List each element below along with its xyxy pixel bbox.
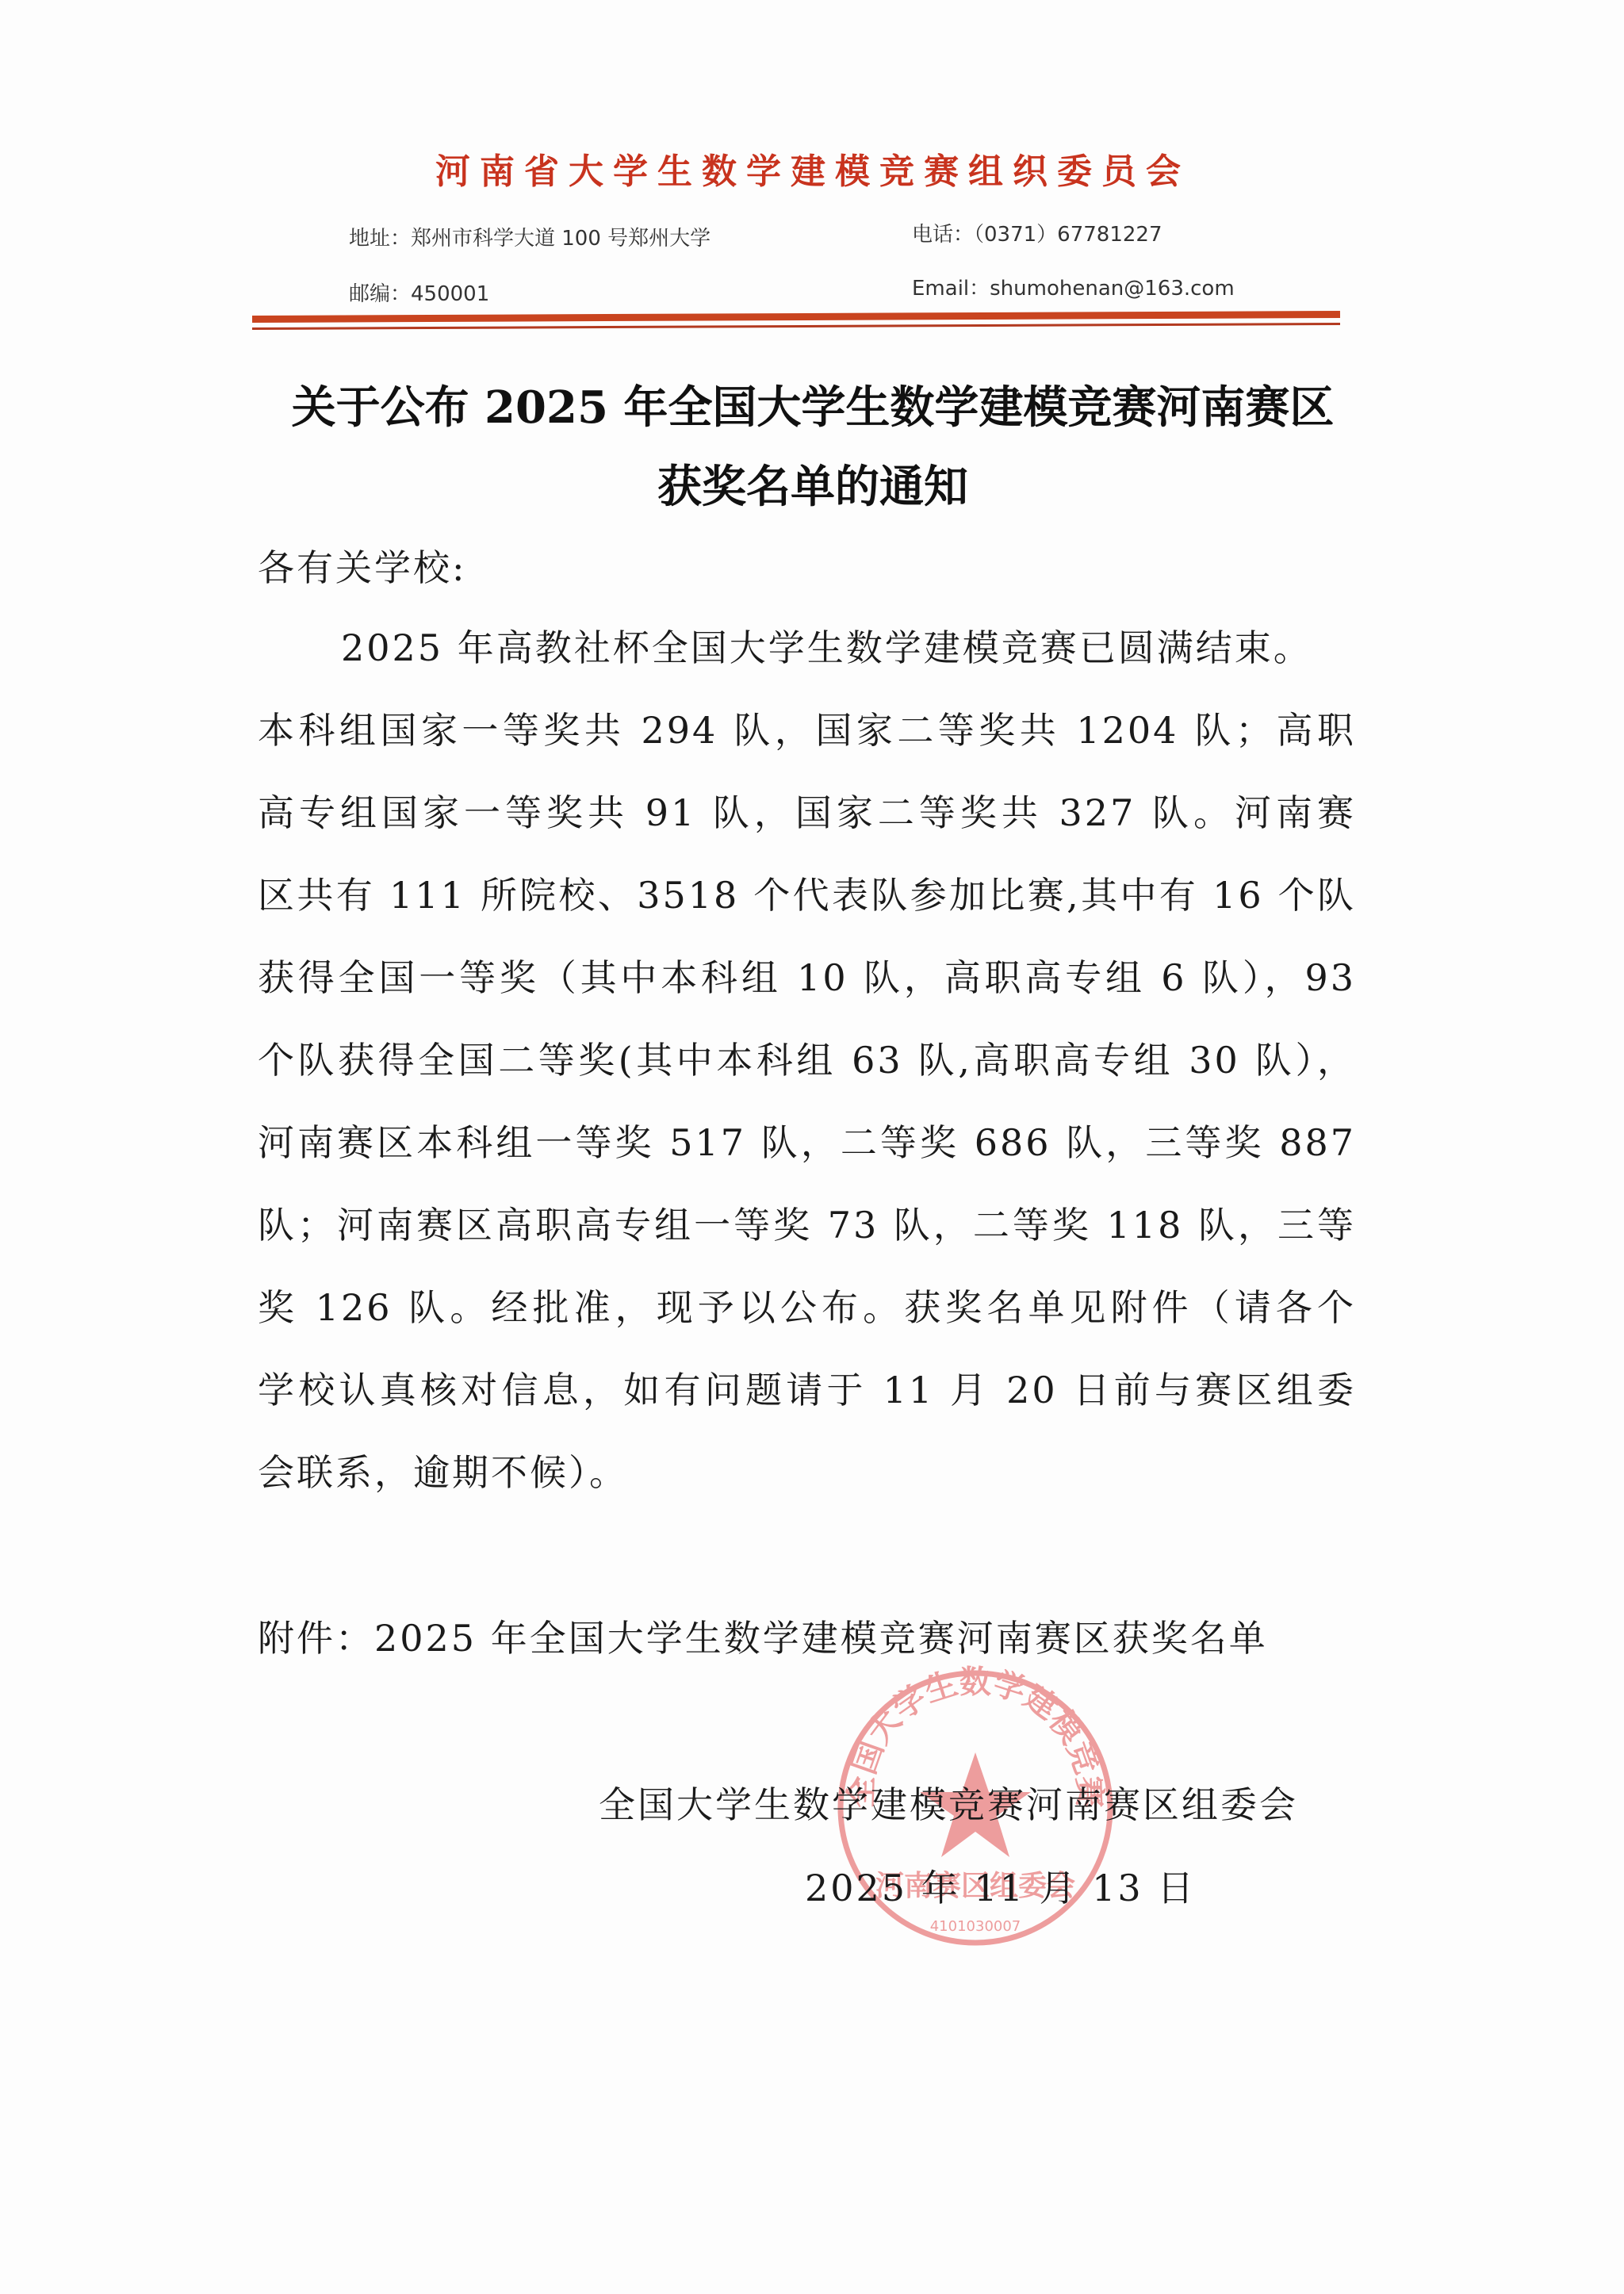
email: Email：shumohenan@163.com bbox=[912, 272, 1235, 301]
doc-title-line2: 获奖名单的通知 bbox=[238, 452, 1388, 515]
body-line: 2025 年高教社杯全国大学生数学建模竞赛已圆满结束。 bbox=[258, 607, 1356, 689]
header-rule-thin bbox=[252, 323, 1340, 330]
body-line: 队；河南赛区高职高专组一等奖 73 队，二等奖 118 队，三等 bbox=[258, 1184, 1356, 1266]
body-line: 学校认真核对信息，如有问题请于 11 月 20 日前与赛区组委 bbox=[258, 1349, 1356, 1431]
doc-title-line1: 关于公布 2025 年全国大学生数学建模竞赛河南赛区 bbox=[238, 373, 1388, 436]
body-line: 个队获得全国二等奖(其中本科组 63 队,高职高专组 30 队）， bbox=[258, 1019, 1356, 1101]
svg-text:4101030007: 4101030007 bbox=[930, 1918, 1021, 1935]
body-line: 区共有 111 所院校、3518 个代表队参加比赛,其中有 16 个队 bbox=[258, 854, 1356, 936]
body-line: 本科组国家一等奖共 294 队，国家二等奖共 1204 队；高职 bbox=[258, 689, 1356, 772]
body-line: 奖 126 队。经批准，现予以公布。获奖名单见附件（请各个 bbox=[258, 1266, 1356, 1349]
body-line: 高专组国家一等奖共 91 队，国家二等奖共 327 队。河南赛 bbox=[258, 772, 1356, 854]
body-line: 会联系，逾期不候）。 bbox=[258, 1431, 1356, 1514]
signature: 全国大学生数学建模竞赛河南赛区组委会 bbox=[599, 1776, 1298, 1829]
postcode: 邮编：450001 bbox=[349, 278, 489, 307]
date: 2025 年 11 月 13 日 bbox=[805, 1859, 1196, 1912]
attachment-line: 附件：2025 年全国大学生数学建模竞赛河南赛区获奖名单 bbox=[258, 1610, 1268, 1662]
salutation: 各有关学校: bbox=[258, 539, 467, 592]
body-line: 河南赛区本科组一等奖 517 队，二等奖 686 队，三等奖 887 bbox=[258, 1101, 1356, 1184]
address: 地址：郑州市科学大道 100 号郑州大学 bbox=[349, 222, 710, 251]
header-rule-thick bbox=[252, 311, 1340, 323]
body-paragraph: 2025 年高教社杯全国大学生数学建模竞赛已圆满结束。 本科组国家一等奖共 29… bbox=[258, 607, 1356, 1514]
phone: 电话：（0371）67781227 bbox=[912, 218, 1162, 247]
org-title: 河南省大学生数学建模竞赛组织委员会 bbox=[301, 143, 1324, 193]
body-line: 获得全国一等奖（其中本科组 10 队，高职高专组 6 队），93 bbox=[258, 936, 1356, 1019]
